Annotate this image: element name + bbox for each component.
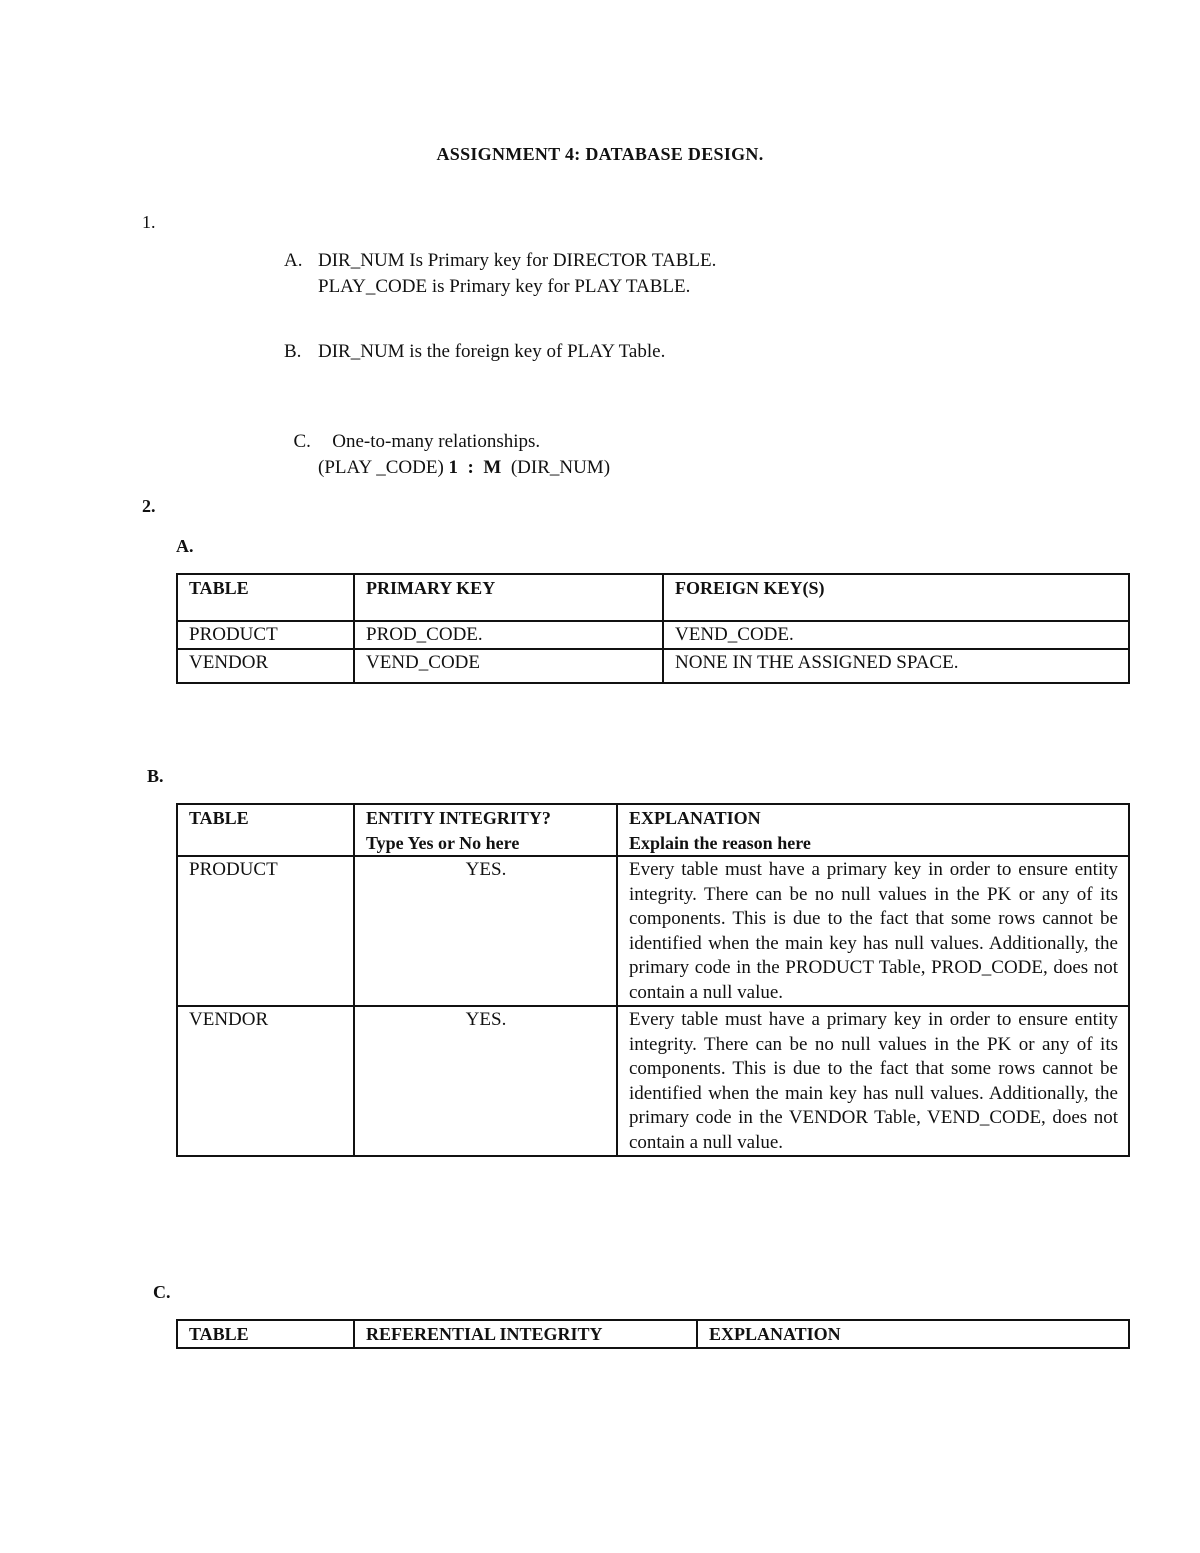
header-table: TABLE bbox=[177, 1320, 354, 1348]
primary-foreign-key-table: TABLE PRIMARY KEY FOREIGN KEY(S) PRODUCT… bbox=[176, 573, 1130, 684]
header-table: TABLE bbox=[177, 574, 354, 621]
table-row: PRODUCT YES. Every table must have a pri… bbox=[177, 856, 1129, 1006]
cell-table: PRODUCT bbox=[177, 621, 354, 649]
relation-ratio: 1 : M bbox=[449, 457, 502, 478]
header-explanation: EXPLANATIONExplain the reason here bbox=[617, 804, 1129, 856]
cell-entity-integrity: YES. bbox=[354, 1006, 617, 1156]
header-entity-integrity-subtitle: Type Yes or No here bbox=[366, 833, 519, 853]
cell-explanation: Every table must have a primary key in o… bbox=[617, 1006, 1129, 1156]
cell-table: VENDOR bbox=[177, 649, 354, 683]
table-row: PRODUCT PROD_CODE. VEND_CODE. bbox=[177, 621, 1129, 649]
question-1-number: 1. bbox=[142, 212, 156, 233]
table-row: VENDOR YES. Every table must have a prim… bbox=[177, 1006, 1129, 1156]
q2-part-b-label: B. bbox=[147, 766, 164, 787]
question-2-number: 2. bbox=[142, 496, 156, 517]
q1-item-b-line-1: DIR_NUM is the foreign key of PLAY Table… bbox=[318, 341, 665, 362]
q1-item-b: B.DIR_NUM is the foreign key of PLAY Tab… bbox=[284, 339, 665, 365]
cell-primary-key: VEND_CODE bbox=[354, 649, 663, 683]
table-header-row: TABLE PRIMARY KEY FOREIGN KEY(S) bbox=[177, 574, 1129, 621]
cell-explanation: Every table must have a primary key in o… bbox=[617, 856, 1129, 1006]
relation-right: (DIR_NUM) bbox=[501, 457, 610, 478]
cell-primary-key: PROD_CODE. bbox=[354, 621, 663, 649]
q1-item-a-line-2: PLAY_CODE is Primary key for PLAY TABLE. bbox=[284, 276, 690, 297]
q1-item-a-line-1: DIR_NUM Is Primary key for DIRECTOR TABL… bbox=[318, 250, 716, 271]
header-foreign-keys: FOREIGN KEY(S) bbox=[663, 574, 1129, 621]
cell-table: PRODUCT bbox=[177, 856, 354, 1006]
header-primary-key: PRIMARY KEY bbox=[354, 574, 663, 621]
q1-item-b-label: B. bbox=[284, 339, 318, 365]
table-header-row: TABLE ENTITY INTEGRITY?Type Yes or No he… bbox=[177, 804, 1129, 856]
header-explanation-title: EXPLANATION bbox=[629, 808, 761, 828]
cell-foreign-key: VEND_CODE. bbox=[663, 621, 1129, 649]
header-explanation: EXPLANATION bbox=[697, 1320, 1129, 1348]
q1-item-a: A.DIR_NUM Is Primary key for DIRECTOR TA… bbox=[284, 248, 716, 300]
header-entity-integrity-title: ENTITY INTEGRITY? bbox=[366, 808, 551, 828]
q1-item-a-label: A. bbox=[284, 248, 318, 274]
q1-item-c-line-1: One-to-many relationships. bbox=[328, 431, 541, 452]
document-title: ASSIGNMENT 4: DATABASE DESIGN. bbox=[0, 144, 1200, 165]
q2-part-a-label: A. bbox=[176, 536, 194, 557]
header-referential-integrity: REFERENTIAL INTEGRITY bbox=[354, 1320, 697, 1348]
table-row: VENDOR VEND_CODE NONE IN THE ASSIGNED SP… bbox=[177, 649, 1129, 683]
header-table-title: TABLE bbox=[189, 808, 249, 828]
cell-foreign-key: NONE IN THE ASSIGNED SPACE. bbox=[663, 649, 1129, 683]
q1-item-c-label: C. bbox=[294, 429, 328, 455]
cell-entity-integrity: YES. bbox=[354, 856, 617, 1006]
referential-integrity-table: TABLE REFERENTIAL INTEGRITY EXPLANATION bbox=[176, 1319, 1130, 1349]
entity-integrity-table: TABLE ENTITY INTEGRITY?Type Yes or No he… bbox=[176, 803, 1130, 1157]
header-entity-integrity: ENTITY INTEGRITY?Type Yes or No here bbox=[354, 804, 617, 856]
table-header-row: TABLE REFERENTIAL INTEGRITY EXPLANATION bbox=[177, 1320, 1129, 1348]
cell-table: VENDOR bbox=[177, 1006, 354, 1156]
header-explanation-subtitle: Explain the reason here bbox=[629, 833, 811, 853]
q2-part-c-label: C. bbox=[153, 1282, 171, 1303]
header-table: TABLE bbox=[177, 804, 354, 856]
relation-left: (PLAY _CODE) bbox=[318, 457, 449, 478]
q1-item-c: C. One-to-many relationships.(PLAY _CODE… bbox=[284, 403, 610, 481]
